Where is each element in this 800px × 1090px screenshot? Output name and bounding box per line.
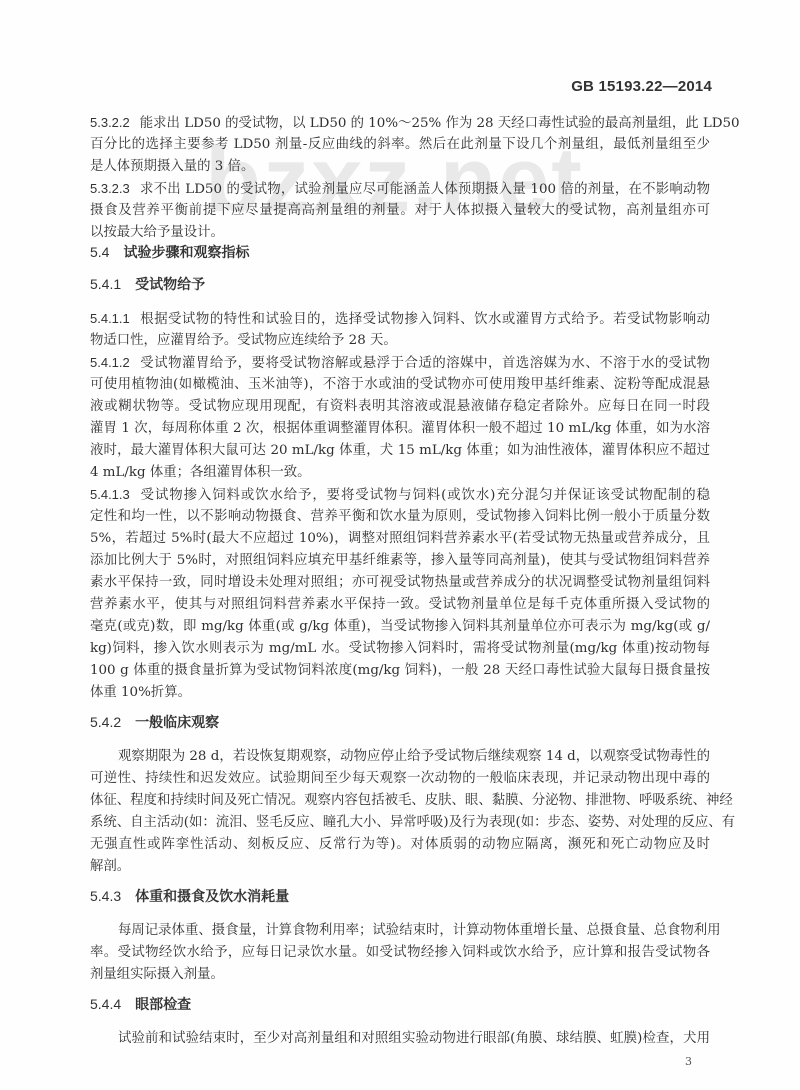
clause-5-4-1-3-line-3: 5%，若超过 5%时(最大不应超过 10%)，调整对照组饲料营养素水平(若受试物… xyxy=(90,528,710,550)
clause-number: 5.3.2.3 xyxy=(90,181,130,196)
clause-number: 5.4.1.3 xyxy=(90,487,130,502)
clause-5-4-1-2-line-2: 可使用植物油(如橄榄油、玉米油等)，不溶于水或油的受试物亦可使用羧甲基纤维素、淀… xyxy=(90,374,710,396)
paragraph-5-4-2-line-6: 解剖。 xyxy=(90,856,710,878)
paragraph-5-4-2-line-5: 无强直性或阵挛性活动、刻板反应、反常行为等)。对体质弱的动物应隔离，濒死和死亡动… xyxy=(90,834,710,856)
clause-5-4-1-3-line-1: 5.4.1.3受试物掺入饲料或饮水给予，要将受试物与饲料(或饮水)充分混匀并保证… xyxy=(90,484,710,507)
clause-number: 5.3.2.2 xyxy=(90,115,130,130)
clause-number: 5.4.1.2 xyxy=(90,355,130,370)
clause-5-4-1-2-line-4: 灌胃 1 次，每周称体重 2 次，根据体重调整灌胃体积。灌胃体积一般不超过 10… xyxy=(90,418,710,440)
clause-5-3-2-2-line-1: 5.3.2.2能求出 LD50 的受试物，以 LD50 的 10%～25% 作为… xyxy=(90,112,710,135)
clause-5-4-1-1-line-2: 物适口性，应灌胃给予。受试物应连续给予 28 天。 xyxy=(90,330,710,352)
paragraph-5-4-2-line-1: 观察期限为 28 d，若设恢复期观察，动物应停止给予受试物后继续观察 14 d，… xyxy=(90,746,710,768)
section-heading-5-4-4: 5.4.4眼部检查 xyxy=(90,994,191,1014)
standard-code-header: GB 15193.22—2014 xyxy=(571,78,712,95)
section-heading-5-4-3: 5.4.3体重和摄食及饮水消耗量 xyxy=(90,886,289,906)
section-heading-5-4-1: 5.4.1受试物给予 xyxy=(90,274,205,294)
document-page: GB 15193.22—2014 bzxz.net 5.3.2.2能求出 LD5… xyxy=(0,0,800,1090)
clause-5-3-2-3-line-2: 摄食及营养平衡前提下应尽量提高高剂量组的剂量。对于人体拟摄入量较大的受试物，高剂… xyxy=(90,200,710,222)
clause-5-3-2-2-line-2: 百分比的选择主要参考 LD50 剂量-反应曲线的斜率。然后在此剂量下设几个剂量组… xyxy=(90,134,710,156)
clause-5-4-1-3-line-8: kg)饲料，掺入饮水则表示为 mg/mL 水。受试物掺入饲料时，需将受试物剂量(… xyxy=(90,638,710,660)
section-heading-5-4: 5.4试验步骤和观察指标 xyxy=(90,242,249,262)
clause-5-3-2-3-line-1: 5.3.2.3求不出 LD50 的受试物，试验剂量应尽可能涵盖人体预期摄入量 1… xyxy=(90,178,710,201)
clause-5-4-1-2-line-6: 4 mL/kg 体重；各组灌胃体积一致。 xyxy=(90,462,710,484)
paragraph-5-4-2-line-2: 可逆性、持续性和迟发效应。试验期间至少每天观察一次动物的一般临床表现，并记录动物… xyxy=(90,768,710,790)
paragraph-5-4-2-line-4: 系统、自主活动(如：流泪、竖毛反应、瞳孔大小、异常呼吸)及行为表现(如：步态、姿… xyxy=(90,812,710,834)
clause-5-4-1-3-line-10: 体重 10%折算。 xyxy=(90,682,710,704)
clause-5-4-1-3-line-6: 营养素水平，使其与对照组饲料营养素水平保持一致。受试物剂量单位是每千克体重所摄入… xyxy=(90,594,710,616)
clause-5-4-1-3-line-9: 100 g 体重的摄食量折算为受试物饲料浓度(mg/kg 饲料)，一般 28 天… xyxy=(90,660,710,682)
paragraph-5-4-3-line-2: 率。受试物经饮水给予，应每日记录饮水量。如受试物经掺入饲料或饮水给予，应计算和报… xyxy=(90,942,710,964)
clause-5-4-1-3-line-4: 添加比例大于 5%时，对照组饲料应填充甲基纤维素等，掺入量等同高剂量)，使其与受… xyxy=(90,550,710,572)
page-number: 3 xyxy=(685,1055,692,1068)
paragraph-5-4-2-line-3: 体征、程度和持续时间及死亡情况。观察内容包括被毛、皮肤、眼、黏膜、分泌物、排泄物… xyxy=(90,790,710,812)
paragraph-5-4-3-line-1: 每周记录体重、摄食量，计算食物利用率；试验结束时，计算动物体重增长量、总摄食量、… xyxy=(90,920,710,942)
paragraph-5-4-4-line-1: 试验前和试验结束时，至少对高剂量组和对照组实验动物进行眼部(角膜、球结膜、虹膜)… xyxy=(90,1028,710,1050)
clause-number: 5.4.1.1 xyxy=(90,311,130,326)
clause-5-4-1-2-line-3: 液或糊状物等。受试物应现用现配，有资料表明其溶液或混悬液储存稳定者除外。应每日在… xyxy=(90,396,710,418)
clause-5-4-1-3-line-7: 毫克(或克)数，即 mg/kg 体重(或 g/kg 体重)，当受试物掺入饲料其剂… xyxy=(90,616,710,638)
clause-5-4-1-2-line-5: 液时，最大灌胃体积大鼠可达 20 mL/kg 体重，犬 15 mL/kg 体重；… xyxy=(90,440,710,462)
clause-5-3-2-3-line-3: 以按最大给予量设计。 xyxy=(90,222,710,244)
clause-5-4-1-2-line-1: 5.4.1.2受试物灌胃给予，要将受试物溶解或悬浮于合适的溶媒中，首选溶媒为水、… xyxy=(90,352,710,375)
clause-5-4-1-3-line-2: 定性和均一性，以不影响动物摄食、营养平衡和饮水量为原则，受试物掺入饲料比例一般小… xyxy=(90,506,710,528)
clause-5-4-1-3-line-5: 素水平保持一致，同时增设未处理对照组；亦可视受试物热量或营养成分的状况调整受试物… xyxy=(90,572,710,594)
clause-5-3-2-2-line-3: 是人体预期摄入量的 3 倍。 xyxy=(90,156,710,178)
paragraph-5-4-3-line-3: 剂量组实际摄入剂量。 xyxy=(90,964,710,986)
section-heading-5-4-2: 5.4.2一般临床观察 xyxy=(90,712,219,732)
clause-5-4-1-1-line-1: 5.4.1.1根据受试物的特性和试验目的，选择受试物掺入饲料、饮水或灌胃方式给予… xyxy=(90,308,710,331)
